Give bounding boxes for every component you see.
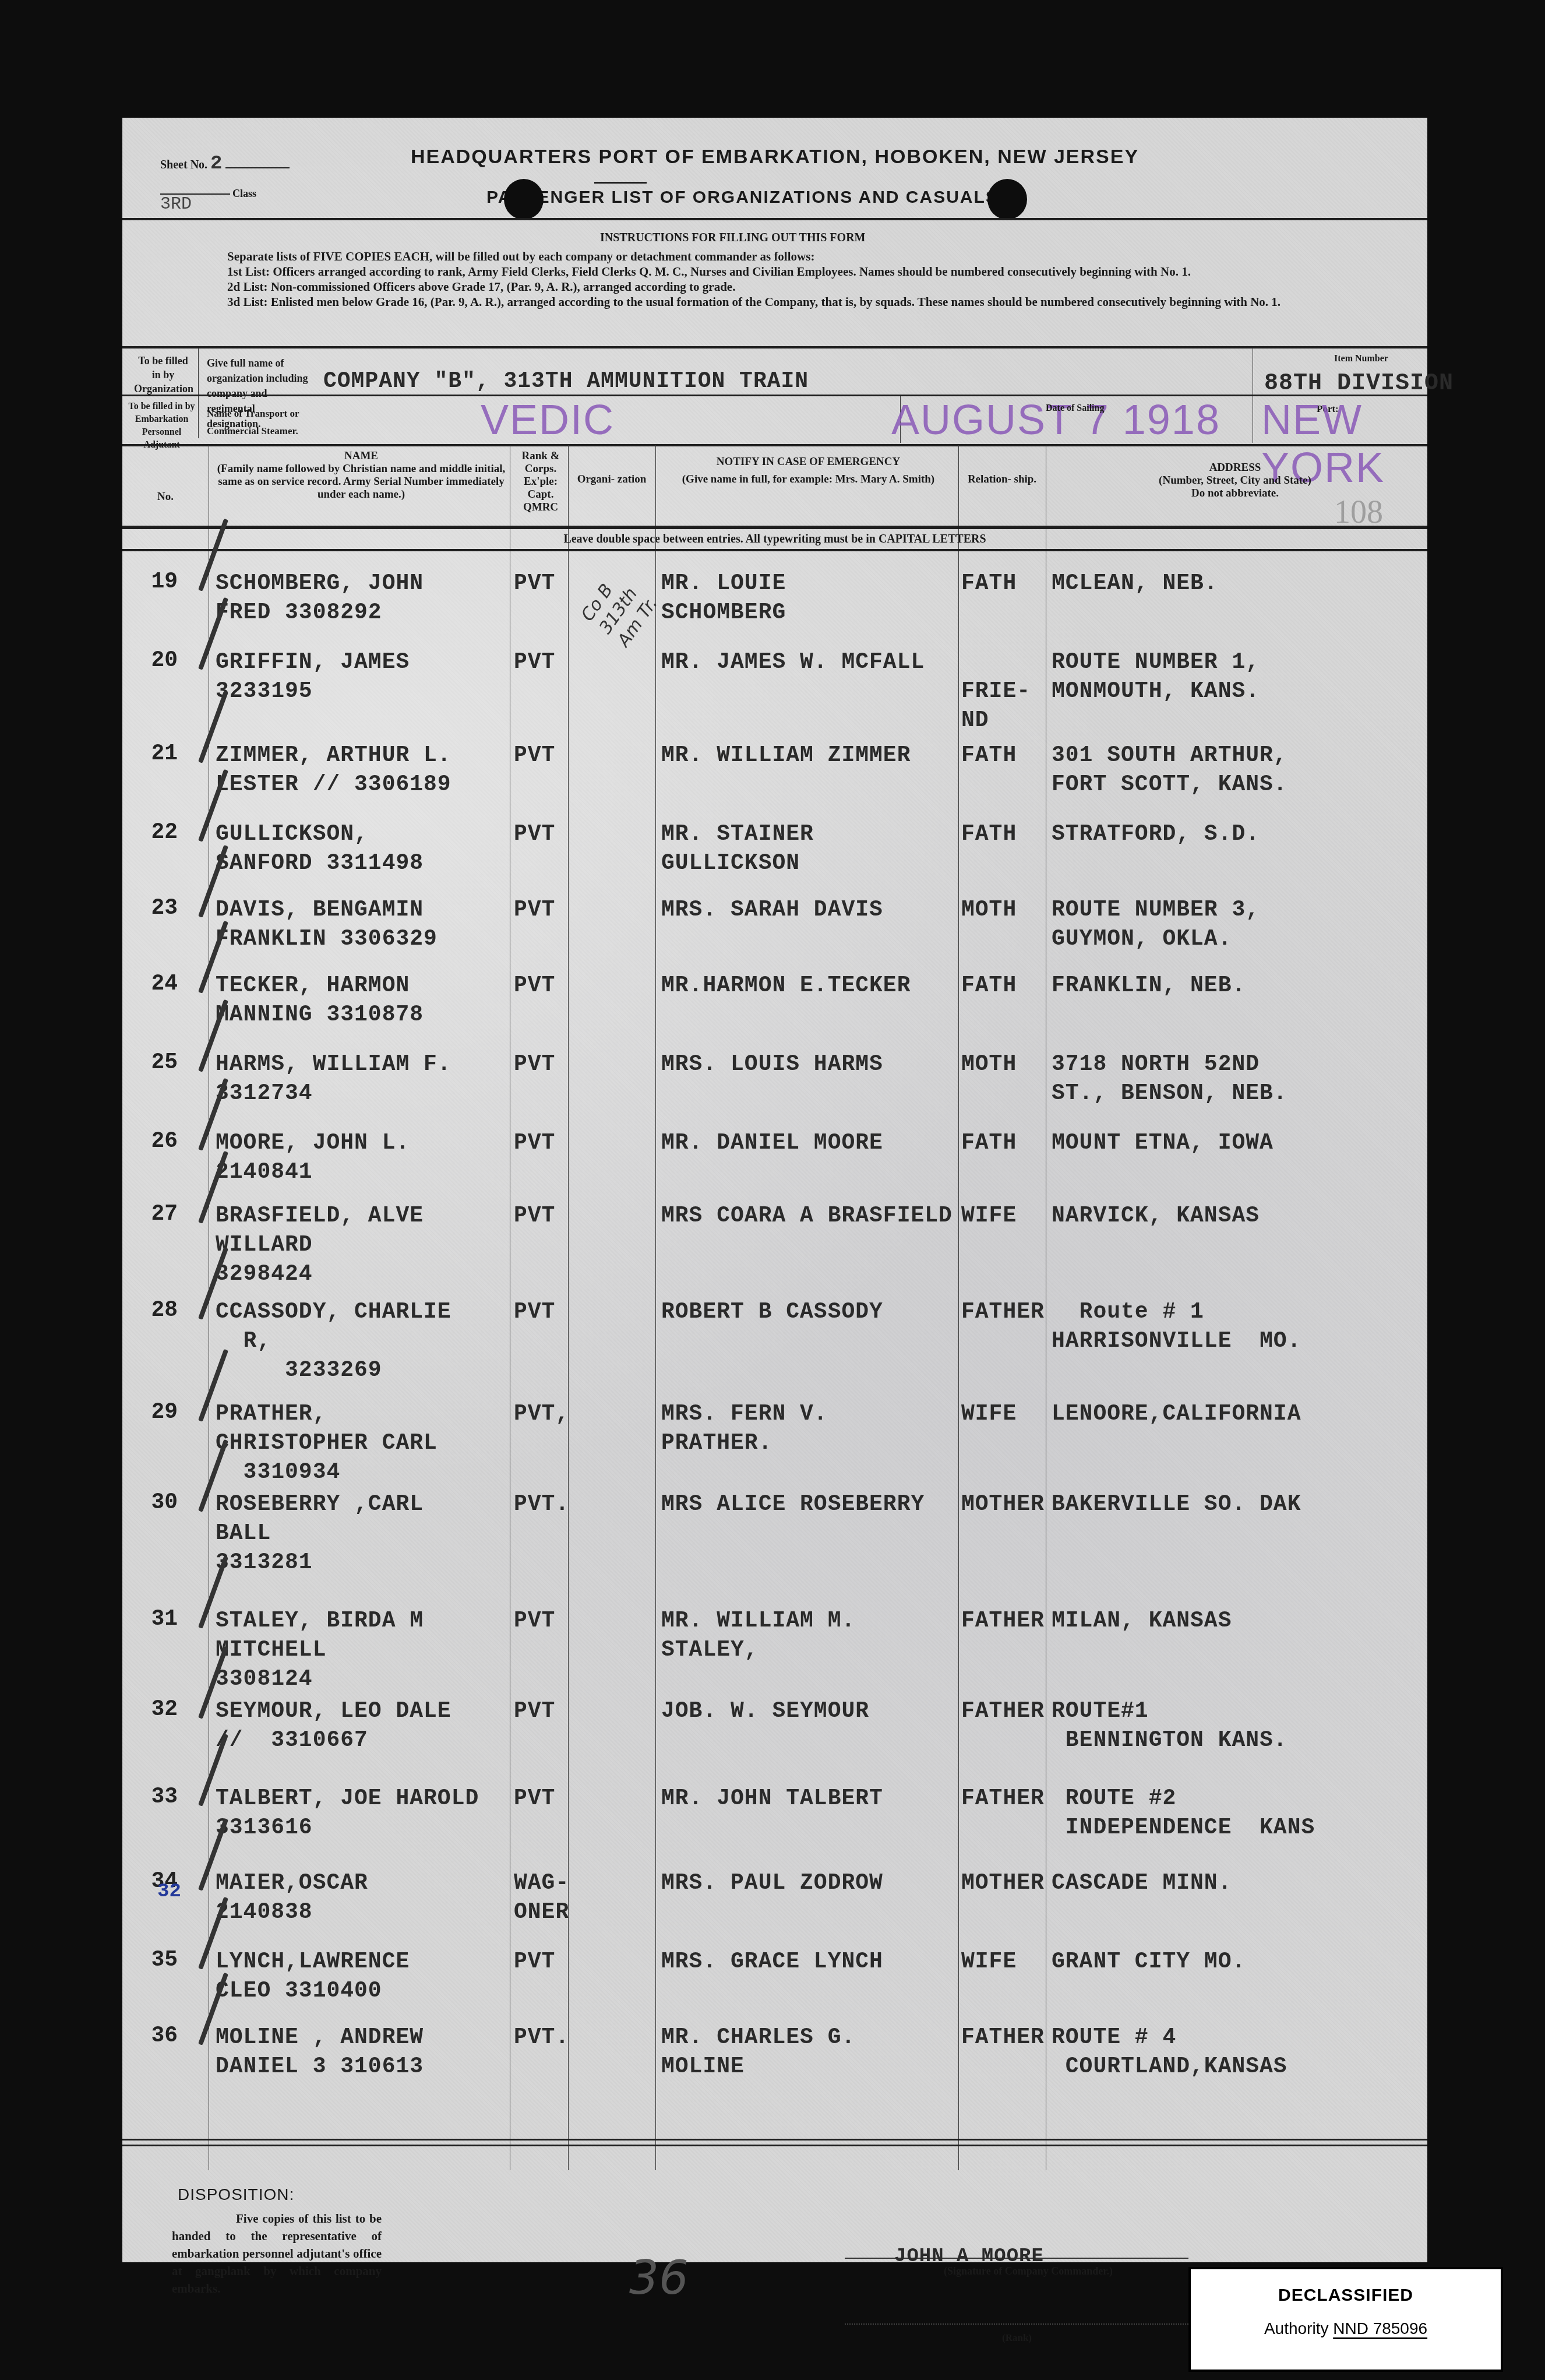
entry-name-serial: SCHOMBERG, JOHN FRED 3308292 [216,569,518,628]
rank-label: (Rank) [1002,2332,1032,2344]
entry-number: 27 [119,1202,178,1227]
document-subtitle: PASSENGER LIST OF ORGANIZATIONS AND CASU… [486,188,999,207]
entry-notify-contact: MR. DANIEL MOORE [661,1129,964,1158]
entry-relationship: FATH [961,1129,1049,1158]
entry-number: 20 [119,648,178,673]
entry-rank: PVT [514,820,569,849]
entry-notify-contact: MRS. GRACE LYNCH [661,1948,964,1977]
entry-relationship: MOTH [961,1050,1049,1079]
class-value: 3RD [160,193,230,214]
entry-relationship: FATHER [961,1298,1049,1327]
divider [198,348,199,438]
entry-rank: PVT [514,741,569,770]
entry-rank: PVT [514,648,569,677]
passenger-list-document: Sheet No. 2 3RD Class HEADQUARTERS PORT … [122,118,1427,2262]
entry-notify-contact: MRS. FERN V. PRATHER. [661,1400,964,1458]
entry-number: 25 [119,1050,178,1075]
entry-relationship: FATHER [961,1607,1049,1636]
column-divider [209,445,209,2170]
entry-rank: PVT [514,1697,569,1726]
entry-address: MCLEAN, NEB. [1052,569,1424,598]
entry-notify-contact: MR. WILLIAM M. STALEY, [661,1607,964,1665]
column-divider [655,445,656,2170]
entry-number: 36 [119,2023,178,2048]
declassified-stamp: DECLASSIFIED Authority NND 785096 [1188,2267,1503,2372]
entry-rank: PVT [514,1607,569,1636]
entry-name-serial: ZIMMER, ARTHUR L. LESTER // 3306189 [216,741,518,800]
divider [122,395,1427,396]
entry-number: 32 [119,1697,178,1722]
entry-address: 3718 NORTH 52ND ST., BENSON, NEB. [1052,1050,1424,1108]
entry-notify-contact: MRS ALICE ROSEBERRY [661,1490,964,1519]
entry-notify-contact: MRS. LOUIS HARMS [661,1050,964,1079]
entry-name-serial: LYNCH,LAWRENCE CLEO 3310400 [216,1948,518,2006]
entry-notify-contact: MR. WILLIAM ZIMMER [661,741,964,770]
divider [122,346,1427,348]
instructions-list1: 1st List: Officers arranged according to… [210,264,1352,279]
entry-notify-contact: JOB. W. SEYMOUR [661,1697,964,1726]
entry-address: ROUTE NUMBER 1, MONMOUTH, KANS. [1052,648,1424,706]
entry-number: 23 [119,896,178,921]
disposition-text: Five copies of this list to be handed to… [172,2210,382,2297]
entry-name-serial: STALEY, BIRDA M MITCHELL 3308124 [216,1607,518,1694]
address-header-title: ADDRESS [1049,462,1421,474]
name-header-desc: (Family name followed by Christian name … [213,463,510,501]
entry-notify-contact: MR. JAMES W. MCFALL [661,648,964,677]
authority-label: Authority [1264,2319,1329,2337]
transport-value-stamp: VEDIC [481,396,615,444]
sailing-date-label: Date of Sailing [1046,403,1104,414]
entry-notify-contact: MR.HARMON E.TECKER [661,971,964,1001]
document-title: HEADQUARTERS PORT OF EMBARKATION, HOBOKE… [411,146,1139,168]
entry-address: ROUTE # 4 COURTLAND,KANSAS [1052,2023,1424,2082]
instructions-heading: INSTRUCTIONS FOR FILLING OUT THIS FORM [600,231,865,245]
entry-name-serial: MOLINE , ANDREW DANIEL 3 310613 [216,2023,518,2082]
punch-hole-right [987,179,1027,220]
entry-number: 28 [119,1298,178,1323]
entry-name-serial: CCASSODY, CHARLIE R, 3233269 [216,1298,518,1385]
entry-address: ROUTE#1 BENNINGTON KANS. [1052,1697,1424,1755]
entry-name-serial: MAIER,OSCAR 2140838 [216,1869,518,1927]
entry-name-serial: PRATHER, CHRISTOPHER CARL 3310934 [216,1400,518,1487]
column-header-organization: Organi- zation [571,473,652,486]
entry-name-serial: SEYMOUR, LEO DALE // 3310667 [216,1697,518,1755]
filled-by-org-label: To be filled in by Organization [134,354,192,396]
entry-notify-contact: MRS. PAUL ZODROW [661,1869,964,1898]
address-header-desc: (Number, Street, City and State) [1049,474,1421,487]
entry-number: 35 [119,1948,178,1973]
notify-header-desc: (Give name in full, for example: Mrs. Ma… [658,473,958,486]
entry-notify-contact: MR. JOHN TALBERT [661,1784,964,1814]
entry-rank: PVT. [514,2023,569,2052]
column-header-relationship: Relation- ship. [961,473,1043,486]
notify-header-title: NOTIFY IN CASE OF EMERGENCY [658,456,958,469]
entry-name-serial: TALBERT, JOE HAROLD 3313616 [216,1784,518,1843]
entry-number: 19 [119,569,178,594]
class-field: 3RD Class [160,193,256,214]
entry-notify-contact: ROBERT B CASSODY [661,1298,964,1327]
entry-relationship: FATHER [961,1697,1049,1726]
entry-relationship: MOTHER [961,1869,1049,1898]
entry-relationship: FATH [961,741,1049,770]
entry-relationship: FATHER [961,2023,1049,2052]
entry-address: STRATFORD, S.D. [1052,820,1424,849]
entry-address: NARVICK, KANSAS [1052,1202,1424,1231]
declassified-title: DECLASSIFIED [1191,2286,1501,2305]
entry-name-serial: ROSEBERRY ,CARL BALL 3313281 [216,1490,518,1578]
entry-number: 30 [119,1490,178,1515]
title-divider [594,182,647,184]
entry-address: Route # 1 HARRISONVILLE MO. [1052,1298,1424,1356]
entry-relationship: FATH [961,971,1049,1001]
sheet-number-label: Sheet No. 2 [160,153,290,175]
entry-address: FRANKLIN, NEB. [1052,971,1424,1001]
divider [122,549,1427,551]
entry-number: 33 [119,1784,178,1809]
entry-number: 29 [119,1400,178,1425]
entry-relationship: MOTHER [961,1490,1049,1519]
entry-relationship: FRIE- ND [961,648,1049,735]
entry-notify-contact: MR. CHARLES G. MOLINE [661,2023,964,2082]
entry-rank: PVT [514,1050,569,1079]
entry-rank: PVT [514,569,569,598]
signature-label: (Signature of Company Commander.) [944,2265,1113,2277]
column-header-name: NAME (Family name followed by Christian … [213,450,510,501]
entry-notify-contact: MRS COARA A BRASFIELD [661,1202,964,1231]
punch-hole-left [504,179,544,220]
authority-value: NND 785096 [1333,2319,1427,2337]
entry-rank: PVT [514,1298,569,1327]
entry-address: MILAN, KANSAS [1052,1607,1424,1636]
entry-address: GRANT CITY MO. [1052,1948,1424,1977]
entry-rank: PVT [514,1784,569,1814]
divider [122,444,1427,446]
entry-number: 26 [119,1129,178,1154]
sheet-label-text: Sheet No. [160,159,207,171]
entry-number: 21 [119,741,178,766]
divider [122,218,1427,220]
handwritten-org-note: Co B 313th Am Tr. [577,556,671,652]
entry-name-serial: GULLICKSON, SANFORD 3311498 [216,820,518,878]
entry-number: 22 [119,820,178,845]
column-header-no: No. [122,491,209,504]
entry-rank: PVT [514,1129,569,1158]
disposition-label: DISPOSITION: [178,2185,294,2204]
blue-annotation-32: 32 [157,1881,181,1903]
entry-relationship: FATH [961,820,1049,849]
entry-rank: WAG- ONER [514,1869,569,1927]
item-number-label: Item Number [1334,354,1388,364]
org-name-value: COMPANY "B", 313TH AMMUNITION TRAIN [323,367,809,396]
name-header-title: NAME [213,450,510,463]
entry-relationship: WIFE [961,1400,1049,1429]
entry-address: ROUTE NUMBER 3, GUYMON, OKLA. [1052,896,1424,954]
entry-name-serial: MOORE, JOHN L. 2140841 [216,1129,518,1187]
instructions-body: Separate lists of FIVE COPIES EACH, will… [210,249,1352,309]
entry-rank: PVT [514,971,569,1001]
transport-label: Name of Transport or Commercial Steamer. [207,405,306,440]
instructions-intro: Separate lists of FIVE COPIES EACH, will… [210,249,1352,264]
class-label: Class [232,188,256,199]
entry-rank: PVT, [514,1400,569,1429]
entry-address: CASCADE MINN. [1052,1869,1424,1898]
double-space-note: Leave double space between entries. All … [122,533,1427,546]
declassified-authority: Authority NND 785096 [1191,2319,1501,2338]
entry-address: ROUTE #2 INDEPENDENCE KANS [1052,1784,1424,1843]
entry-notify-contact: MR. STAINER GULLICKSON [661,820,964,878]
entry-relationship: WIFE [961,1202,1049,1231]
entry-name-serial: TECKER, HARMON MANNING 3310878 [216,971,518,1030]
entry-notify-contact: MR. LOUIE SCHOMBERG [661,569,964,628]
instructions-list2: 2d List: Non-commissioned Officers above… [210,279,1352,294]
entry-name-serial: GRIFFIN, JAMES 3233195 [216,648,518,706]
entry-rank: PVT [514,896,569,925]
rank-line [845,2323,1188,2325]
column-header-notify: NOTIFY IN CASE OF EMERGENCY (Give name i… [658,456,958,486]
entry-name-serial: BRASFIELD, ALVE WILLARD 3298424 [216,1202,518,1289]
entry-address: LENOORE,CALIFORNIA [1052,1400,1424,1429]
divider [122,2145,1427,2146]
entry-relationship: FATHER [961,1784,1049,1814]
entry-notify-contact: MRS. SARAH DAVIS [661,896,964,925]
divider [122,526,1427,529]
divider [122,2139,1427,2140]
entry-address: 301 SOUTH ARTHUR, FORT SCOTT, KANS. [1052,741,1424,800]
handwritten-total: 36 [629,2251,689,2305]
entry-number: 31 [119,1607,178,1632]
column-header-rank: Rank & Corps. Ex'ple: Capt. QMRC [512,450,570,514]
entry-address: BAKERVILLE SO. DAK [1052,1490,1424,1519]
entry-rank: PVT [514,1202,569,1231]
entry-name-serial: HARMS, WILLIAM F. 3312734 [216,1050,518,1108]
entry-rank: PVT. [514,1490,569,1519]
entry-relationship: MOTH [961,896,1049,925]
instructions-list3: 3d List: Enlisted men below Grade 16, (P… [210,294,1352,309]
sheet-number-value: 2 [210,153,222,175]
entry-name-serial: DAVIS, BENGAMIN FRANKLIN 3306329 [216,896,518,954]
entry-address: MOUNT ETNA, IOWA [1052,1129,1424,1158]
entry-rank: PVT [514,1948,569,1977]
divider [1253,396,1253,443]
entry-relationship: FATH [961,569,1049,598]
entry-number: 24 [119,971,178,997]
entry-relationship: WIFE [961,1948,1049,1977]
